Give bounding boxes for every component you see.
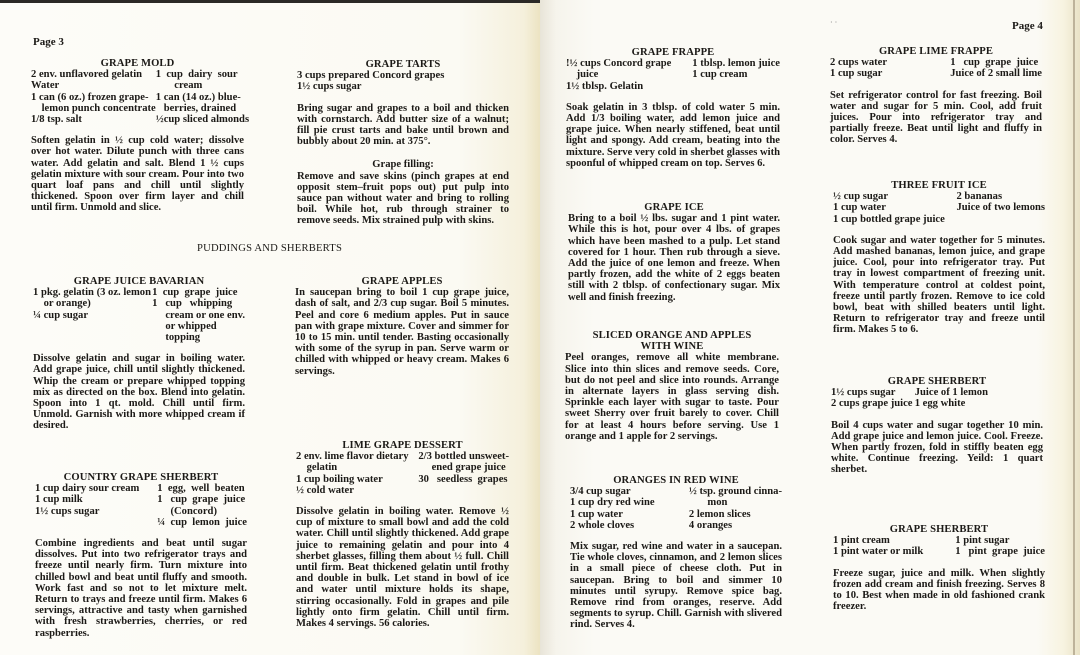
ingredients: !½ cups Concord grape juice 1½ tblsp. Ge… [566,58,780,92]
ingredients-left: ½ cup sugar 1 cup water 1 cup bottled gr… [833,191,945,225]
recipe-grape-sherbert-1: GRAPE SHERBERT 1½ cups sugar 2 cups grap… [831,376,1043,476]
directions: Bring to a boil ½ lbs. sugar and 1 pint … [568,213,780,303]
ingredients-right: 1 tblsp. lemon juice 1 cup cream [692,58,780,92]
recipe-grape-lime-frappe: GRAPE LIME FRAPPE 2 cups water 1 cup sug… [830,46,1042,146]
ingredients-left: 1½ cups sugar 2 cups grape juice [831,387,913,409]
ingredients: 1 cup dairy sour cream 1 cup milk 1½ cup… [35,483,247,528]
recipe-grape-apples: GRAPE APPLES In saucepan bring to boil 1… [295,276,509,377]
ingredients: 2 env. lime flavor dietary gelatin 1 cup… [296,451,509,496]
recipe-sliced-orange-and-apples: SLICED ORANGE AND APPLES WITH WINE Peel … [565,330,779,442]
directions: Bring sugar and grapes to a boil and thi… [297,103,509,148]
ingredients: 2 env. unflavored gelatin Water 1 can (6… [31,69,244,125]
ingredients-right: 2 bananas Juice of two lemons [956,191,1045,225]
recipe-lime-grape-dessert: LIME GRAPE DESSERT 2 env. lime flavor di… [296,440,509,629]
sub-heading: Grape filling: [297,159,509,170]
recipe-title: GRAPE SHERBERT [831,376,1043,387]
recipe-title: GRAPE JUICE BAVARIAN [33,276,245,287]
directions: In saucepan bring to boil 1 cup grape ju… [295,287,509,377]
ingredients-left: 1 pint cream 1 pint water or milk [833,535,923,557]
ingredients-left: 2 env. lime flavor dietary gelatin 1 cup… [296,451,409,496]
directions: Peel oranges, remove all white membrane.… [565,352,779,442]
ingredients-right: 1 egg, well beaten 1 cup grape juice (Co… [157,483,247,528]
recipe-title: GRAPE SHERBERT [833,524,1045,535]
cookbook-spread: Page 3 GRAPE MOLD 2 env. unflavored gela… [0,0,1080,655]
recipe-country-grape-sherbert: COUNTRY GRAPE SHERBERT 1 cup dairy sour … [35,472,247,639]
recipe-title-line2: WITH WINE [565,341,779,352]
ingredients: 2 cups water 1 cup sugar 1 cup grape jui… [830,57,1042,79]
ingredients-right: ½ tsp. ground cinna- mon 2 lemon slices … [689,486,782,531]
recipe-grape-sherbert-2: GRAPE SHERBERT 1 pint cream 1 pint water… [833,524,1045,612]
ingredients: ½ cup sugar 1 cup water 1 cup bottled gr… [833,191,1045,225]
recipe-title: LIME GRAPE DESSERT [296,440,509,451]
ingredients: 1 pkg. gelatin (3 oz. lemon or orange) ¼… [33,287,245,343]
directions: Soak gelatin in 3 tblsp. of cold water 5… [566,102,780,169]
recipe-title: ORANGES IN RED WINE [570,475,782,486]
recipe-title: GRAPE LIME FRAPPE [830,46,1042,57]
recipe-grape-juice-bavarian: GRAPE JUICE BAVARIAN 1 pkg. gelatin (3 o… [33,276,245,432]
directions: Freeze sugar, juice and milk. When sligh… [833,568,1045,613]
section-header: PUDDINGS AND SHERBERTS [197,243,342,254]
sub-directions: Remove and save skins (pinch grapes at e… [297,171,509,227]
recipe-oranges-in-red-wine: ORANGES IN RED WINE 3/4 cup sugar 1 cup … [570,475,782,631]
page-number-4: Page 4 [1012,20,1043,32]
ingredients-left: 3 cups prepared Concord grapes 1½ cups s… [297,70,444,92]
recipe-title: GRAPE ICE [568,202,780,213]
recipe-grape-mold: GRAPE MOLD 2 env. unflavored gelatin Wat… [31,58,244,214]
page-edge [1073,0,1075,655]
ingredients-right: 1 cup dairy sour cream 1 can (14 oz.) bl… [156,69,249,125]
ingredients-right: 1 cup grape juice 1 cup whipping cream o… [152,287,245,343]
directions: Combine ingredients and beat until sugar… [35,538,247,639]
ingredients: 1 pint cream 1 pint water or milk 1 pint… [833,535,1045,557]
ingredients-left: !½ cups Concord grape juice 1½ tblsp. Ge… [566,58,671,92]
directions: Cook sugar and water together for 5 minu… [833,235,1045,336]
ingredients-left: 2 cups water 1 cup sugar [830,57,887,79]
directions: Boil 4 cups water and sugar together 10 … [831,420,1043,476]
directions: Soften gelatin in ½ cup cold water; diss… [31,135,244,213]
recipe-title: GRAPE FRAPPE [566,47,780,58]
directions: Set refrigerator control for fast freezi… [830,90,1042,146]
directions: Mix sugar, red wine and water in a sauce… [570,541,782,631]
ingredients-left: 3/4 cup sugar 1 cup dry red wine 1 cup w… [570,486,655,531]
recipe-three-fruit-ice: THREE FRUIT ICE ½ cup sugar 1 cup water … [833,180,1045,336]
recipe-grape-frappe: GRAPE FRAPPE !½ cups Concord grape juice… [566,47,780,169]
right-page: Page 4 · · GRAPE FRAPPE !½ cups Concord … [540,0,1080,655]
recipe-title: COUNTRY GRAPE SHERBERT [35,472,247,483]
ingredients: 1½ cups sugar 2 cups grape juice Juice o… [831,387,1043,409]
ingredients-right: 2/3 bottled unsweet- ened grape juice 30… [418,451,509,496]
ingredients-right: Juice of 1 lemon 1 egg white [915,387,988,409]
directions: Dissolve gelatin and sugar in boiling wa… [33,353,245,431]
ingredients-right: 1 pint sugar 1 pint grape juice [955,535,1045,557]
recipe-title: THREE FRUIT ICE [833,180,1045,191]
page-number-3: Page 3 [33,36,64,48]
left-page: Page 3 GRAPE MOLD 2 env. unflavored gela… [0,0,540,655]
recipe-grape-ice: GRAPE ICE Bring to a boil ½ lbs. sugar a… [568,202,780,303]
ingredients-left: 2 env. unflavored gelatin Water 1 can (6… [31,69,156,125]
ingredients-left: 1 pkg. gelatin (3 oz. lemon or orange) ¼… [33,287,151,343]
ingredients: 3/4 cup sugar 1 cup dry red wine 1 cup w… [570,486,782,531]
print-speck: · · [830,18,837,27]
recipe-title: SLICED ORANGE AND APPLES [565,330,779,341]
directions: Dissolve gelatin in boiling water. Remov… [296,506,509,629]
ingredients: 3 cups prepared Concord grapes 1½ cups s… [297,70,509,92]
recipe-grape-tarts: GRAPE TARTS 3 cups prepared Concord grap… [297,59,509,227]
ingredients-right: 1 cup grape juice Juice of 2 small lime [950,57,1042,79]
recipe-title: GRAPE TARTS [297,59,509,70]
recipe-title: GRAPE MOLD [31,58,244,69]
recipe-title: GRAPE APPLES [295,276,509,287]
ingredients-left: 1 cup dairy sour cream 1 cup milk 1½ cup… [35,483,139,528]
